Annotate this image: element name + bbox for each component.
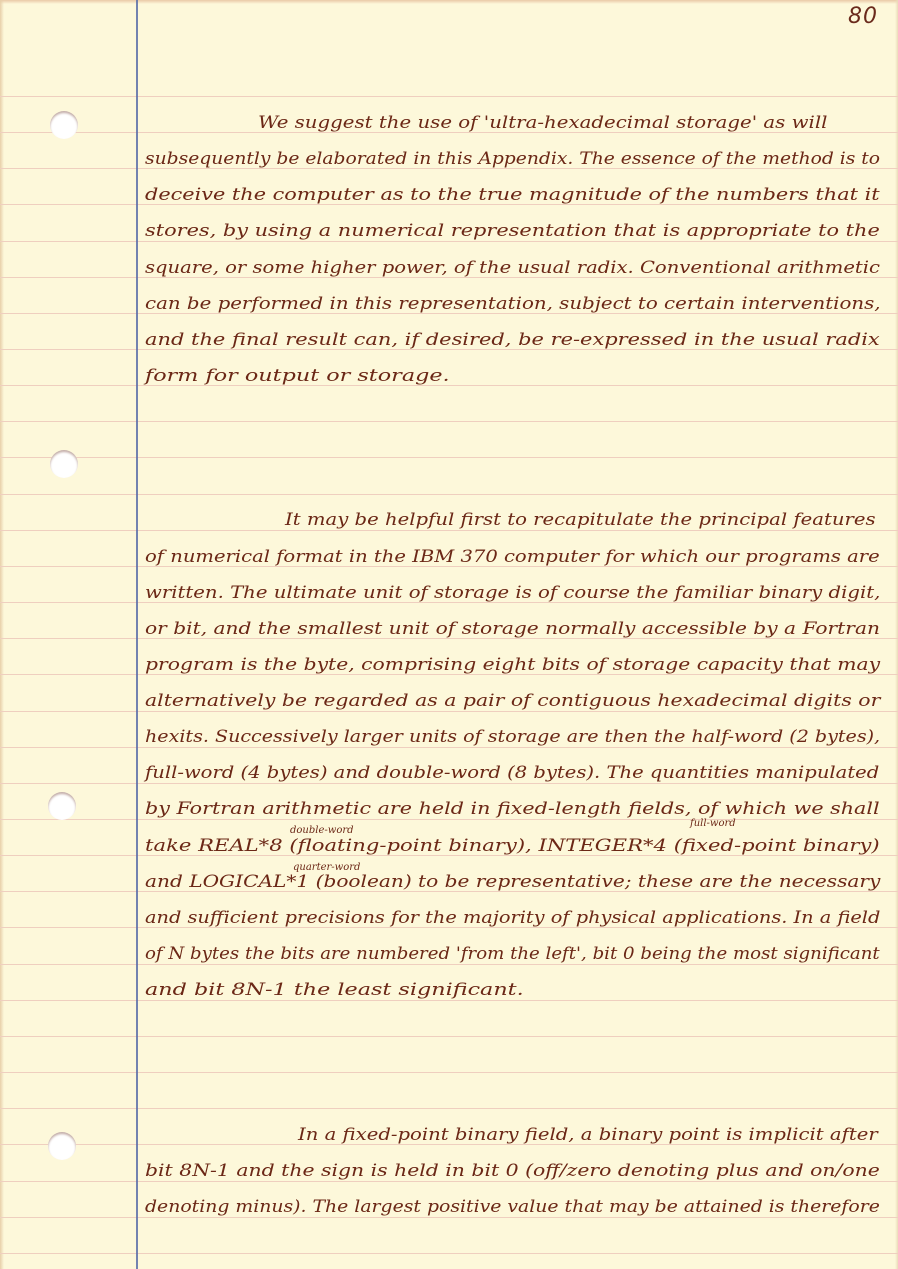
paragraph-2-line-5: program is the byte, comprising eight bi… [145,655,880,674]
paragraph-1-line-4: stores, by using a numerical representat… [145,221,880,240]
ruled-line [0,421,898,422]
paragraph-3-line-3: denoting minus). The largest positive va… [145,1197,880,1216]
ruled-line [0,241,898,242]
paragraph-3-line-1: In a fixed-point binary field, a binary … [298,1125,878,1144]
ruled-line [0,964,898,965]
ruled-line [0,927,898,928]
ruled-line [0,638,898,639]
paper-left-edge [0,0,4,1269]
paragraph-1-line-8: form for output or storage. [145,366,450,385]
ruled-line [0,457,898,458]
paragraph-2-line-10: take REAL*8 (floating-point binary), INT… [145,836,880,855]
paragraph-2-line-6: alternatively be regarded as a pair of c… [145,691,880,710]
annotation-full-word: full-word [690,818,736,829]
paragraph-1-line-6: can be performed in this representation,… [145,294,881,313]
paragraph-2-line-11: and LOGICAL*1 (boolean) to be representa… [145,872,880,891]
paragraph-1-line-5: square, or some higher power, of the usu… [145,258,880,277]
ruled-line [0,132,898,133]
paragraph-1-line-2: subsequently be elaborated in this Appen… [145,149,880,168]
paragraph-1-line-3: deceive the computer as to the true magn… [145,185,880,204]
ruled-line [0,1000,898,1001]
margin-line [136,0,138,1269]
ruled-line [0,783,898,784]
ruled-line [0,277,898,278]
punch-hole [50,111,78,139]
ruled-line [0,1036,898,1037]
ruled-line [0,1181,898,1182]
ruled-line [0,1253,898,1254]
paragraph-2-line-4: or bit, and the smallest unit of storage… [145,619,880,638]
paragraph-2-line-3: written. The ultimate unit of storage is… [145,583,880,602]
paragraph-2-line-9: by Fortran arithmetic are held in fixed-… [145,799,880,818]
paragraph-2-line-1: It may be helpful first to recapitulate … [285,510,876,529]
paragraph-1-line-7: and the final result can, if desired, be… [145,330,880,349]
ruled-line [0,530,898,531]
ruled-line [0,96,898,97]
punch-hole [48,792,76,820]
ruled-line [0,349,898,350]
ruled-line [0,711,898,712]
punch-hole [50,450,78,478]
paragraph-2-line-8: full-word (4 bytes) and double-word (8 b… [145,763,879,782]
paragraph-3-line-2: bit 8N-1 and the sign is held in bit 0 (… [145,1161,880,1180]
page-number: 80 [848,4,878,29]
paper-top-edge [0,0,898,4]
ruled-line [0,855,898,856]
ruled-line [0,747,898,748]
punch-hole [48,1132,76,1160]
ruled-line [0,1072,898,1073]
ruled-line [0,204,898,205]
ruled-line [0,1217,898,1218]
ruled-line [0,168,898,169]
ruled-line [0,891,898,892]
notebook-page: 80 We suggest the use of 'ultra-hexadeci… [0,0,898,1269]
annotation-double-word: double-word [290,825,354,836]
paragraph-2-line-12: and sufficient precisions for the majori… [145,908,880,927]
ruled-line [0,385,898,386]
paragraph-2-line-7: hexits. Successively larger units of sto… [145,727,880,746]
ruled-line [0,1144,898,1145]
ruled-line [0,313,898,314]
paragraph-2-line-2: of numerical format in the IBM 370 compu… [145,547,880,566]
ruled-line [0,602,898,603]
paragraph-1-line-1: We suggest the use of 'ultra-hexadecimal… [258,113,827,132]
ruled-line [0,494,898,495]
ruled-line [0,1108,898,1109]
ruled-line [0,674,898,675]
ruled-line [0,819,898,820]
paragraph-2-line-13: of N bytes the bits are numbered 'from t… [145,944,880,963]
ruled-line [0,566,898,567]
paragraph-2-line-14: and bit 8N-1 the least significant. [145,980,524,999]
